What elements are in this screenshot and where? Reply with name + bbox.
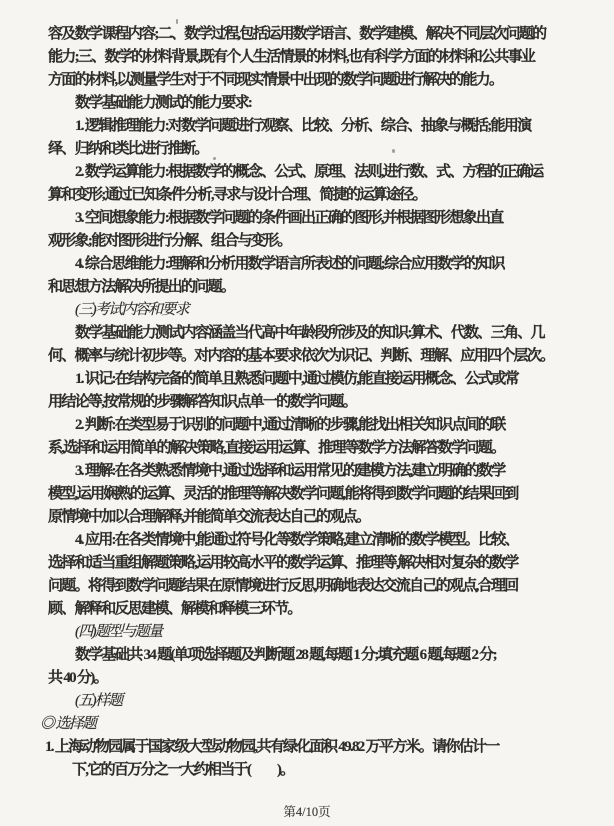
text-line: 模型,运用娴熟的运算、灵活的推理等解决数学问题,能将得到数学问题的结果回到 bbox=[48, 483, 576, 506]
list-item-line: 1. 逻辑推理能力:对数学问题进行观察、比较、分析、综合、抽象与概括;能用演 bbox=[48, 115, 576, 138]
list-item-line: 3. 理解:在各类熟悉情境中,通过选择和运用常见的建模方法,建立明确的数学 bbox=[48, 460, 576, 483]
list-item-line: 4. 综合思维能力:理解和分析用数学语言所表述的问题;综合应用数学的知识 bbox=[48, 253, 576, 276]
text-line: 数学基础共 34 题(单项选择题及判断题 28 题,每题 1 分;填充题 6 题… bbox=[48, 644, 576, 667]
text-line: 系,选择和运用简单的解决策略,直接运用运算、推理等数学方法解答数学问题。 bbox=[48, 437, 576, 460]
section-heading-5: (五)样题 bbox=[48, 690, 576, 713]
text-line: 数学基础能力测试内容涵盖当代高中年龄段所涉及的知识:算术、代数、三角、几 bbox=[48, 322, 576, 345]
section-heading-4: (四)题型与题量 bbox=[48, 621, 576, 644]
list-item-line: 4. 应用:在各类情境中,能通过符号化等数学策略,建立清晰的数学模型。比较、 bbox=[48, 529, 576, 552]
sample-question-line: 下,它的百万分之一大约相当于( )。 bbox=[48, 759, 576, 782]
scanned-page: 容及数学课程内容;二、数学过程,包括运用数学语言、数学建模、解决不同层次问题的 … bbox=[0, 0, 614, 826]
text-line: 问题。将得到数学问题结果在原情境进行反思,明确地表达交流自己的观点,合理回 bbox=[48, 575, 576, 598]
text-line: 用结论等,按常规的步骤解答知识点单一的数学问题。 bbox=[48, 391, 576, 414]
list-item-line: 3. 空间想象能力:根据数学问题的条件画出正确的图形,并根据图形想象出直 bbox=[48, 207, 576, 230]
question-type-label: ◎ 选择题 bbox=[40, 713, 576, 736]
text-line: 观形象;能对图形进行分解、组合与变形。 bbox=[48, 230, 576, 253]
sample-question-line: 1. 上海动物园属于国家级大型动物园,共有绿化面积 49.82 万平方米。请你估… bbox=[45, 736, 576, 759]
text-line: 原情境中加以合理解释,并能简单交流表达自己的观点。 bbox=[48, 506, 576, 529]
list-item-line: 1. 识记:在结构完备的简单且熟悉问题中,通过模仿,能直接运用概念、公式或常 bbox=[48, 368, 576, 391]
page-number: 第4/10页 bbox=[0, 802, 614, 820]
list-item-line: 2. 数学运算能力:根据数学的概念、公式、原理、法则,进行数、式、方程的正确运 bbox=[48, 161, 576, 184]
text-line: 顾、解释和反思建模、解模和释模三环节。 bbox=[48, 598, 576, 621]
text-line: 数学基础能力测试的能力要求: bbox=[48, 92, 576, 115]
text-line: 和思想方法解决所提出的问题。 bbox=[48, 276, 576, 299]
scan-speck bbox=[176, 19, 178, 24]
list-item-line: 2. 判断:在类型易于识别的问题中,通过清晰的步骤,能找出相关知识点间的联 bbox=[48, 414, 576, 437]
section-heading-3: (三)考试内容和要求 bbox=[48, 299, 576, 322]
scan-speck bbox=[392, 149, 395, 153]
text-line: 算和变形;通过已知条件分析,寻求与设计合理、简捷的运算途径。 bbox=[48, 184, 576, 207]
text-line: 方面的材料,以测量学生对于不同现实情景中出现的数学问题进行解决的能力。 bbox=[48, 69, 576, 92]
text-line: 能力;三、数学的材料背景,既有个人生活情景的材料,也有科学方面的材料和公共事业 bbox=[48, 46, 576, 69]
text-line: 何、概率与统计初步等。对内容的基本要求依次为识记、判断、理解、应用四个层次。 bbox=[48, 345, 576, 368]
text-line: 绎、归纳和类比进行推断。 bbox=[48, 138, 576, 161]
text-line: 共 40 分)。 bbox=[48, 667, 576, 690]
scan-speck bbox=[213, 157, 216, 160]
text-line: 选择和适当重组解题策略,运用较高水平的数学运算、推理等,解决相对复杂的数学 bbox=[48, 552, 576, 575]
text-line: 容及数学课程内容;二、数学过程,包括运用数学语言、数学建模、解决不同层次问题的 bbox=[48, 23, 576, 46]
scan-speck bbox=[417, 162, 419, 164]
document-body: 容及数学课程内容;二、数学过程,包括运用数学语言、数学建模、解决不同层次问题的 … bbox=[48, 23, 576, 782]
